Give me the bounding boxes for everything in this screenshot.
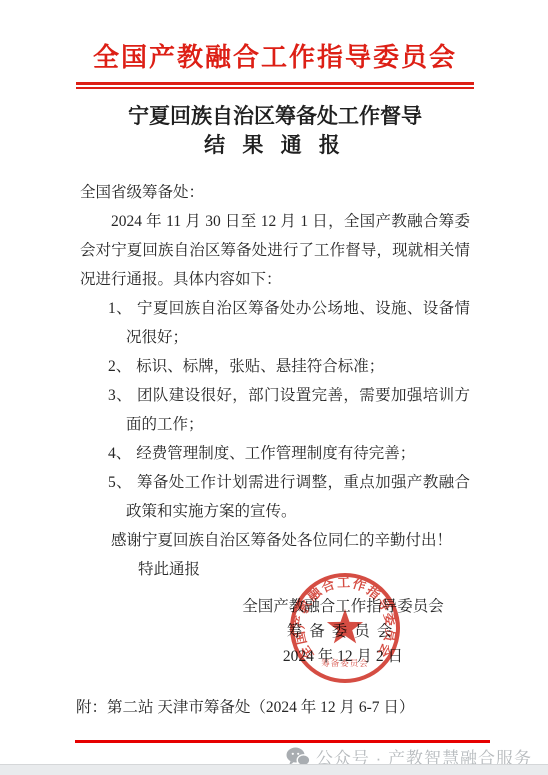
header-double-rule [76, 82, 474, 89]
document-page: 全国产教融合工作指导委员会 宁夏回族自治区筹备处工作督导 结 果 通 报 全国省… [0, 0, 548, 764]
intro-paragraph: 2024 年 11 月 30 日至 12 月 1 日，全国产教融合筹委会对宁夏回… [80, 207, 470, 294]
list-item-number: 3、 [108, 387, 132, 404]
header-rule-thick [76, 82, 474, 85]
list-item-text: 标识、标牌，张贴、悬挂符合标准； [136, 358, 384, 375]
list-item-number: 1、 [108, 300, 132, 317]
document-title-line2: 结 果 通 报 [80, 131, 470, 160]
list-item: 4、经费管理制度、工作管理制度有待完善； [108, 439, 470, 468]
page-bottom-edge [0, 764, 548, 775]
signature-date: 2024 年 12 月 2 日 [228, 644, 458, 669]
document-title-line1: 宁夏回族自治区筹备处工作督导 [80, 102, 470, 131]
list-item-text: 经费管理制度、工作管理制度有待完善； [136, 445, 415, 462]
signature-org-line2: 筹备委员会 [228, 619, 458, 644]
signature-org-line1: 全国产教融合工作指导委员会 [228, 594, 458, 619]
footer-red-rule [75, 740, 490, 743]
list-item-number: 5、 [108, 474, 132, 491]
salutation: 全国省级筹备处： [80, 178, 470, 207]
list-item: 3、团队建设很好，部门设置完善，需要加强培训方面的工作； [108, 381, 470, 439]
signature-block: 全国产教融合工作指导委员会 筹备委员会 2024 年 12 月 2 日 [228, 594, 458, 669]
closing-line: 特此通报 [138, 555, 470, 584]
org-header-title: 全国产教融合工作指导委员会 [80, 40, 470, 76]
list-item-text: 筹备处工作计划需进行调整，重点加强产教融合政策和实施方案的宣传。 [126, 474, 470, 520]
thanks-line: 感谢宁夏回族自治区筹备处各位同仁的辛勤付出！ [80, 526, 470, 555]
document-body: 全国省级筹备处： 2024 年 11 月 30 日至 12 月 1 日，全国产教… [80, 178, 470, 584]
list-item-text: 团队建设很好，部门设置完善，需要加强培训方面的工作； [126, 387, 470, 433]
list-item: 2、标识、标牌，张贴、悬挂符合标准； [108, 352, 470, 381]
signature-area: 全国产教融合工作指导委员会 筹备委员会 2024 年 12 月 2 日 全国产教… [80, 594, 470, 669]
attachment-line: 附：第二站 天津市筹备处（2024 年 12 月 6-7 日） [76, 693, 470, 722]
list-item-number: 2、 [108, 358, 131, 375]
list-item: 1、宁夏回族自治区筹备处办公场地、设施、设备情况很好； [108, 294, 470, 352]
header-rule-thin [76, 87, 474, 89]
list-item: 5、筹备处工作计划需进行调整，重点加强产教融合政策和实施方案的宣传。 [108, 468, 470, 526]
list-item-text: 宁夏回族自治区筹备处办公场地、设施、设备情况很好； [126, 300, 470, 346]
list-item-number: 4、 [108, 445, 131, 462]
